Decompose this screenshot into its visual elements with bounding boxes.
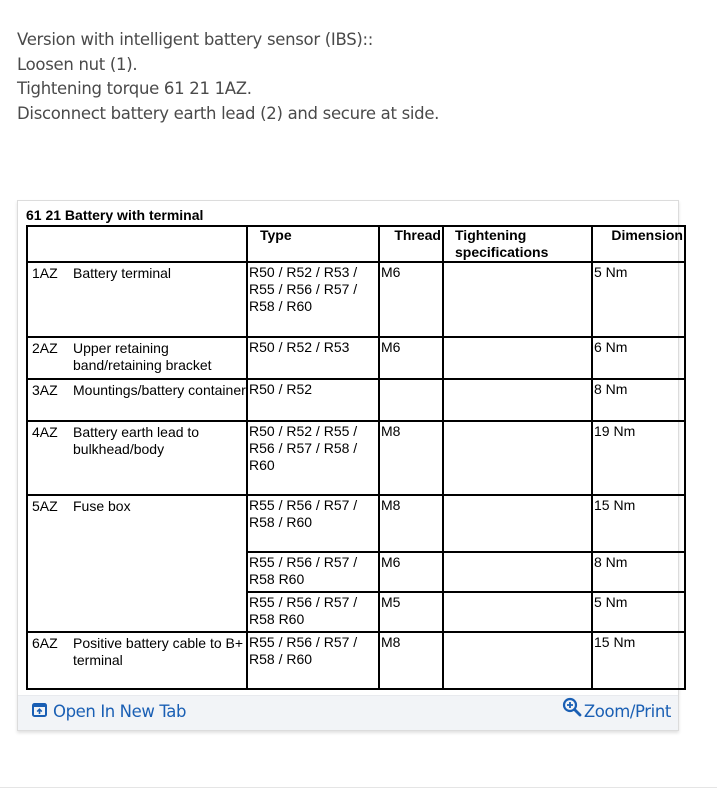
thread-cell: M6 xyxy=(379,337,443,379)
type-cell: R55 / R56 / R57 / R58 R60 xyxy=(247,552,379,592)
spec-cell xyxy=(443,552,592,592)
type-cell: R55 / R56 / R57 / R58 / R60 xyxy=(247,632,379,689)
zoom-print-link[interactable]: Zoom/Print xyxy=(562,702,671,721)
dimension-cell: 19 Nm xyxy=(592,421,685,495)
spec-cell xyxy=(443,337,592,379)
header-dimension: Dimension xyxy=(592,226,685,262)
header-type: Type xyxy=(247,226,379,262)
item-cell: 6AZ Positive battery cable to B+ termina… xyxy=(27,632,247,689)
thread-cell: M6 xyxy=(379,552,443,592)
type-cell: R50 / R52 / R53 / R55 / R56 / R57 / R58 … xyxy=(247,262,379,337)
open-in-new-tab-label: Open In New Tab xyxy=(53,702,186,721)
header-thread: Thread xyxy=(379,226,443,262)
thread-cell: M6 xyxy=(379,262,443,337)
spec-cell xyxy=(443,592,592,632)
table-row: 3AZ Mountings/battery container R50 / R5… xyxy=(27,379,685,421)
header-item xyxy=(27,226,247,262)
open-in-new-tab-icon xyxy=(32,702,47,721)
thread-cell: M8 xyxy=(379,632,443,689)
table-row: 2AZ Upper retaining band/retaining brack… xyxy=(27,337,685,379)
spec-cell xyxy=(443,262,592,337)
dimension-cell: 15 Nm xyxy=(592,632,685,689)
item-cell: 2AZ Upper retaining band/retaining brack… xyxy=(27,337,247,379)
item-code: 3AZ xyxy=(32,382,73,399)
dimension-cell: 5 Nm xyxy=(592,262,685,337)
spec-cell xyxy=(443,632,592,689)
instruction-line: Version with intelligent battery sensor … xyxy=(17,28,439,53)
item-description: Fuse box xyxy=(73,498,246,515)
item-cell: 5AZ Fuse box xyxy=(27,495,247,632)
item-code: 5AZ xyxy=(32,498,73,515)
thread-cell: M5 xyxy=(379,592,443,632)
spec-cell xyxy=(443,495,592,552)
item-cell: 3AZ Mountings/battery container xyxy=(27,379,247,421)
torque-spec-table: Type Thread Tightening specifications Di… xyxy=(26,225,686,690)
spec-cell xyxy=(443,421,592,495)
instruction-line: Tightening torque 61 21 1AZ. xyxy=(17,77,439,102)
item-code: 2AZ xyxy=(32,340,73,374)
table-row: 1AZ Battery terminal R50 / R52 / R53 / R… xyxy=(27,262,685,337)
type-cell: R55 / R56 / R57 / R58 / R60 xyxy=(247,495,379,552)
table-row: 5AZ Fuse box R55 / R56 / R57 / R58 / R60… xyxy=(27,495,685,552)
instruction-line: Loosen nut (1). xyxy=(17,53,439,78)
card-body: 61 21 Battery with terminal Type Thread … xyxy=(26,207,670,690)
spec-table-card: 61 21 Battery with terminal Type Thread … xyxy=(17,200,679,731)
item-code: 1AZ xyxy=(32,265,73,282)
thread-cell: M8 xyxy=(379,495,443,552)
open-in-new-tab-link[interactable]: Open In New Tab xyxy=(32,702,186,721)
type-cell: R50 / R52 xyxy=(247,379,379,421)
item-cell: 4AZ Battery earth lead to bulkhead/body xyxy=(27,421,247,495)
table-header-row: Type Thread Tightening specifications Di… xyxy=(27,226,685,262)
item-code: 4AZ xyxy=(32,424,73,458)
item-description: Positive battery cable to B+ terminal xyxy=(73,635,246,669)
card-footer: Open In New Tab Zoom/Print xyxy=(18,695,678,730)
thread-cell: M8 xyxy=(379,421,443,495)
item-description: Battery terminal xyxy=(73,265,246,282)
dimension-cell: 8 Nm xyxy=(592,552,685,592)
dimension-cell: 8 Nm xyxy=(592,379,685,421)
item-description: Mountings/battery container xyxy=(73,382,246,399)
item-description: Upper retaining band/retaining bracket xyxy=(73,340,246,374)
zoom-print-label: Zoom/Print xyxy=(584,702,671,721)
type-cell: R50 / R52 / R55 / R56 / R57 / R58 / R60 xyxy=(247,421,379,495)
dimension-cell: 6 Nm xyxy=(592,337,685,379)
instructions: Version with intelligent battery sensor … xyxy=(17,28,439,126)
type-cell: R50 / R52 / R53 xyxy=(247,337,379,379)
thread-cell xyxy=(379,379,443,421)
type-cell: R55 / R56 / R57 / R58 R60 xyxy=(247,592,379,632)
spec-cell xyxy=(443,379,592,421)
header-tightening-specifications: Tightening specifications xyxy=(443,226,592,262)
zoom-in-icon xyxy=(562,697,582,721)
table-row: 4AZ Battery earth lead to bulkhead/body … xyxy=(27,421,685,495)
item-description: Battery earth lead to bulkhead/body xyxy=(73,424,246,458)
item-cell: 1AZ Battery terminal xyxy=(27,262,247,337)
item-code: 6AZ xyxy=(32,635,73,669)
dimension-cell: 5 Nm xyxy=(592,592,685,632)
instruction-line: Disconnect battery earth lead (2) and se… xyxy=(17,102,439,127)
table-title: 61 21 Battery with terminal xyxy=(26,207,670,224)
table-row: 6AZ Positive battery cable to B+ termina… xyxy=(27,632,685,689)
dimension-cell: 15 Nm xyxy=(592,495,685,552)
page-divider xyxy=(0,787,717,788)
